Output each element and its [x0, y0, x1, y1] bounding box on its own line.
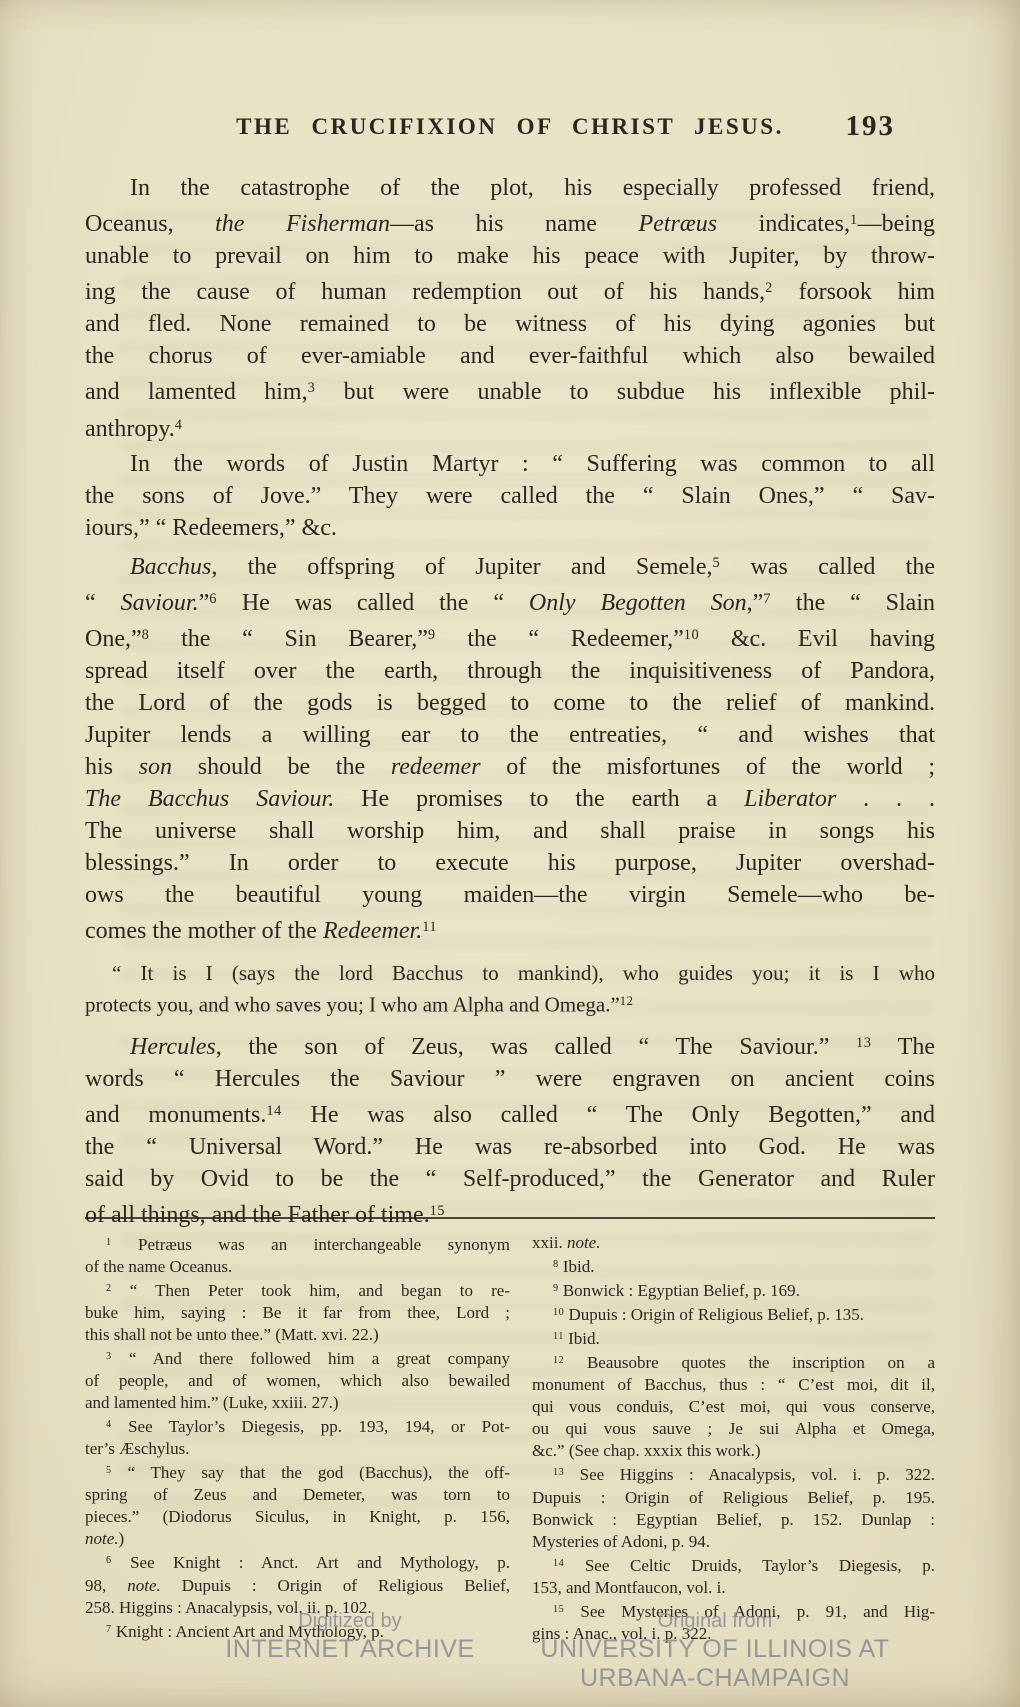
text-segment: ,”	[747, 590, 764, 616]
text-segment: and lamented him,	[85, 380, 308, 406]
text-line: of all things, and the Father of time.15	[85, 1195, 935, 1231]
text-line: 8 Ibid.	[532, 1254, 935, 1278]
text-segment: and lamented him.” (Luke, xxiii. 27.)	[85, 1393, 339, 1412]
text-segment: ing the cause of human redemption out of…	[85, 279, 765, 305]
text-line: Oceanus, the Fisherman—as his name Petræ…	[85, 204, 935, 240]
text-line: &c.” (See chap. xxxix this work.)	[532, 1440, 935, 1462]
text-segment: Beausobre quotes the inscription on a	[564, 1353, 935, 1372]
page-header: THE CRUCIFIXION OF CHRIST JESUS. 193	[85, 110, 935, 152]
text-segment: words “ Hercules the Saviour ” were engr…	[85, 1066, 935, 1092]
text-line: The universe shall worship him, and shal…	[85, 815, 935, 847]
watermark-original-from: Original from UNIVERSITY OF ILLINOIS AT …	[505, 1608, 925, 1693]
text-segment: , the offspring of Jupiter and Semele,	[211, 554, 712, 580]
footnote: 3 “ And there followed him a great compa…	[85, 1346, 510, 1414]
text-line: his son should be the redeemer of the mi…	[85, 751, 935, 783]
text-segment: anthropy.	[85, 416, 175, 442]
text-line: In the words of Justin Martyr : “ Suffer…	[85, 448, 935, 480]
text-segment: and fled. None remained to be witness of…	[85, 311, 935, 337]
footnote: 2 “ Then Peter took him, and began to re…	[85, 1278, 510, 1346]
text-line: blessings.” In order to execute his purp…	[85, 847, 935, 879]
text-line: The Bacchus Saviour. He promises to the …	[85, 783, 935, 815]
footnote-continuation: xxii. note.	[532, 1232, 935, 1254]
text-line: said by Ovid to be the “ Self-produced,”…	[85, 1163, 935, 1195]
text-segment: “ And there followed him a great company	[112, 1349, 510, 1368]
text-segment: indicates,	[717, 211, 850, 237]
watermark-original-from-label: Original from	[505, 1608, 925, 1635]
body-text: In the catastrophe of the plot, his espe…	[85, 172, 935, 1231]
text-line: anthropy.4	[85, 409, 935, 445]
text-line: and lamented him.” (Luke, xxiii. 27.)	[85, 1392, 510, 1414]
text-segment: Dupuis : Origin of Religious Belief, p. …	[564, 1305, 864, 1324]
footnotes-left-column: 1 Petræus was an interchangeable synonym…	[85, 1232, 510, 1645]
text-line: 98, note. Dupuis : Origin of Religious B…	[85, 1575, 510, 1597]
text-segment: ”	[199, 590, 210, 616]
footnote: 9 Bonwick : Egyptian Belief, p. 169.	[532, 1278, 935, 1302]
text-segment: 98,	[85, 1576, 127, 1595]
text-line: buke him, saying : Be it far from thee, …	[85, 1302, 510, 1324]
text-segment: the Fisherman	[215, 211, 390, 237]
text-segment: unable to prevail on him to make his pea…	[85, 243, 935, 269]
text-segment: “ It is I (says the lord Bacchus to mank…	[112, 961, 935, 985]
text-line: 3 “ And there followed him a great compa…	[85, 1346, 510, 1370]
footnote-marker: 14	[553, 1558, 564, 1569]
text-segment: pieces.” (Diodorus Siculus, in Knight, p…	[85, 1507, 510, 1526]
text-segment: Dupuis : Origin of Religious Belief,	[161, 1576, 510, 1595]
text-line: Bonwick : Egyptian Belief, p. 152. Dunla…	[532, 1509, 935, 1531]
text-segment: iours,” “ Redeemers,” &c.	[85, 515, 337, 541]
text-segment: , the son of Zeus, was called “ The Savi…	[216, 1034, 856, 1060]
book-page-scan: THE CRUCIFIXION OF CHRIST JESUS. 193 In …	[0, 0, 1020, 1707]
block-quote: “ It is I (says the lord Bacchus to mank…	[85, 959, 935, 1018]
watermark-digitized-by-label: Digitized by	[180, 1608, 520, 1635]
text-line: Bacchus, the offspring of Jupiter and Se…	[85, 547, 935, 583]
text-line: the sons of Jove.” They were called the …	[85, 480, 935, 512]
footnotes-right-column: xxii. note.8 Ibid.9 Bonwick : Egyptian B…	[532, 1232, 935, 1645]
text-segment: spread itself over the earth, through th…	[85, 658, 935, 684]
text-segment: —as his name	[390, 211, 639, 237]
watermark-digitized-by: Digitized by INTERNET ARCHIVE	[180, 1608, 520, 1664]
text-line: Jupiter lends a willing ear to the entre…	[85, 719, 935, 751]
footnote-marker: 6	[209, 591, 217, 607]
text-line: the chorus of ever-amiable and ever-fait…	[85, 340, 935, 372]
text-line: note.)	[85, 1528, 510, 1550]
text-segment: &c. Evil having	[699, 626, 935, 652]
text-line: the Lord of the gods is begged to come t…	[85, 687, 935, 719]
text-segment: In the words of Justin Martyr : “ Suffer…	[130, 451, 935, 477]
text-segment: was called the	[720, 554, 935, 580]
text-segment: the “ Sin Bearer,”	[149, 626, 428, 652]
text-segment: of the name Oceanus.	[85, 1257, 232, 1276]
paragraph: Bacchus, the offspring of Jupiter and Se…	[85, 547, 935, 948]
text-line: of the name Oceanus.	[85, 1256, 510, 1278]
text-segment: protects you, and who saves you; I who a…	[85, 992, 620, 1016]
text-line: of people, and of women, which also bewa…	[85, 1370, 510, 1392]
text-segment: “ They say that the god (Bacchus), the o…	[112, 1463, 510, 1482]
text-line: qui vous conduis, C’est moi, qui vous co…	[532, 1396, 935, 1418]
text-line: ou qui vous sauve ; Je sui Alpha et Omeg…	[532, 1418, 935, 1440]
text-segment: buke him, saying : Be it far from thee, …	[85, 1303, 510, 1322]
text-segment: the Lord of the gods is begged to come t…	[85, 690, 935, 716]
text-segment: note.	[85, 1529, 119, 1548]
text-line: this shall not be unto thee.” (Matt. xvi…	[85, 1324, 510, 1346]
footnote: 1 Petræus was an interchangeable synonym…	[85, 1232, 510, 1278]
text-line: ing the cause of human redemption out of…	[85, 272, 935, 308]
text-segment: Ibid.	[559, 1257, 595, 1276]
text-segment: the sons of Jove.” They were called the …	[85, 483, 935, 509]
text-segment: ows the beautiful young maiden—the virgi…	[85, 882, 935, 908]
text-segment: . . .	[836, 786, 935, 812]
text-line: spread itself over the earth, through th…	[85, 655, 935, 687]
text-line: spring of Zeus and Demeter, was torn to	[85, 1484, 510, 1506]
text-segment: —being	[858, 211, 935, 237]
footnote-marker: 2	[765, 280, 773, 296]
text-segment: Mysteries of Adoni, p. 94.	[532, 1532, 710, 1551]
text-segment: of people, and of women, which also bewa…	[85, 1371, 510, 1390]
footnote-marker: 1	[850, 212, 858, 228]
text-segment: Bonwick : Egyptian Belief, p. 152. Dunla…	[532, 1510, 935, 1529]
text-line: 12 Beausobre quotes the inscription on a	[532, 1350, 935, 1374]
footnote: 13 See Higgins : Anacalypsis, vol. i. p.…	[532, 1462, 935, 1552]
text-segment: comes the mother of the	[85, 919, 323, 945]
text-segment: Dupuis : Origin of Religious Belief, p. …	[532, 1488, 935, 1507]
footnote: 5 “ They say that the god (Bacchus), the…	[85, 1460, 510, 1550]
text-segment: and monuments.	[85, 1102, 266, 1128]
text-segment: “ Then Peter took him, and began to re-	[112, 1281, 510, 1300]
text-segment: Petræus	[638, 211, 717, 237]
text-line: “ It is I (says the lord Bacchus to mank…	[85, 959, 935, 987]
text-segment: said by Ovid to be the “ Self-produced,”…	[85, 1166, 935, 1192]
text-segment: spring of Zeus and Demeter, was torn to	[85, 1485, 510, 1504]
watermark-urbana-label: URBANA-CHAMPAIGN	[505, 1664, 925, 1693]
text-segment: “	[85, 590, 121, 616]
text-line: “ Saviour.”6 He was called the “ Only Be…	[85, 583, 935, 619]
text-line: and monuments.14 He was also called “ Th…	[85, 1095, 935, 1131]
text-segment: Bacchus	[130, 554, 211, 580]
footnote: 14 See Celtic Druids, Taylor’s Diegesis,…	[532, 1553, 935, 1599]
text-segment: Only Begotten Son	[529, 590, 747, 616]
text-segment: One,”	[85, 626, 142, 652]
paragraph: In the catastrophe of the plot, his espe…	[85, 172, 935, 445]
page-number: 193	[846, 110, 896, 143]
text-segment: forsook him	[773, 279, 935, 305]
footnote-marker: 13	[553, 1467, 564, 1478]
text-segment: Saviour.	[121, 590, 199, 616]
text-segment: of all things, and the Father of time.	[85, 1202, 430, 1228]
text-segment: of the misfortunes of the world ;	[481, 754, 935, 780]
text-segment: redeemer	[391, 754, 481, 780]
text-segment: The	[871, 1034, 935, 1060]
paragraph: In the words of Justin Martyr : “ Suffer…	[85, 448, 935, 544]
text-line: unable to prevail on him to make his pea…	[85, 240, 935, 272]
footnote: 10 Dupuis : Origin of Religious Belief, …	[532, 1302, 935, 1326]
text-line: 6 See Knight : Anct. Art and Mythology, …	[85, 1550, 510, 1574]
text-line: iours,” “ Redeemers,” &c.	[85, 512, 935, 544]
text-line: comes the mother of the Redeemer.11	[85, 911, 935, 947]
text-segment: the chorus of ever-amiable and ever-fait…	[85, 343, 935, 369]
text-segment: The Bacchus Saviour.	[85, 786, 334, 812]
text-segment: Redeemer.	[323, 919, 422, 945]
text-segment: ou qui vous sauve ; Je sui Alpha et Omeg…	[532, 1419, 935, 1438]
text-line: 2 “ Then Peter took him, and began to re…	[85, 1278, 510, 1302]
watermark-university-label: UNIVERSITY OF ILLINOIS AT	[505, 1635, 925, 1664]
text-line: 14 See Celtic Druids, Taylor’s Diegesis,…	[532, 1553, 935, 1577]
footnote-marker: 9	[428, 627, 436, 643]
text-line: pieces.” (Diodorus Siculus, in Knight, p…	[85, 1506, 510, 1528]
text-segment: See Higgins : Anacalypsis, vol. i. p. 32…	[564, 1466, 935, 1485]
text-line: 4 See Taylor’s Diegesis, pp. 193, 194, o…	[85, 1414, 510, 1438]
text-segment: Oceanus,	[85, 211, 215, 237]
paragraph: Hercules, the son of Zeus, was called “ …	[85, 1027, 935, 1232]
text-segment: the “ Universal Word.” He was re-absorbe…	[85, 1134, 935, 1160]
text-segment: Ibid.	[564, 1329, 600, 1348]
text-segment: but were unable to subdue his inflexible…	[315, 380, 935, 406]
text-line: Dupuis : Origin of Religious Belief, p. …	[532, 1487, 935, 1509]
text-segment: See Celtic Druids, Taylor’s Diegesis, p.	[564, 1556, 935, 1575]
footnote: 4 See Taylor’s Diegesis, pp. 193, 194, o…	[85, 1414, 510, 1460]
footnote-marker: 10	[684, 627, 699, 643]
text-segment: The universe shall worship him, and shal…	[85, 818, 935, 844]
text-segment: should be the	[172, 754, 391, 780]
footnote-marker: 4	[175, 417, 183, 433]
text-line: Mysteries of Adoni, p. 94.	[532, 1531, 935, 1553]
text-segment: xxii.	[532, 1233, 567, 1252]
text-line: words “ Hercules the Saviour ” were engr…	[85, 1063, 935, 1095]
text-line: In the catastrophe of the plot, his espe…	[85, 172, 935, 204]
footnotes-section: 1 Petræus was an interchangeable synonym…	[85, 1232, 935, 1645]
text-line: monument of Bacchus, thus : “ C’est moi,…	[532, 1374, 935, 1396]
text-line: One,”8 the “ Sin Bearer,”9 the “ Redeeme…	[85, 619, 935, 655]
text-line: 9 Bonwick : Egyptian Belief, p. 169.	[532, 1278, 935, 1302]
text-line: the “ Universal Word.” He was re-absorbe…	[85, 1131, 935, 1163]
text-line: 153, and Montfaucon, vol. i.	[532, 1577, 935, 1599]
footnote-marker: 11	[553, 1331, 564, 1342]
text-segment: 153, and Montfaucon, vol. i.	[532, 1578, 726, 1597]
footnote-marker: 13	[856, 1035, 871, 1051]
text-segment: See Taylor’s Diegesis, pp. 193, 194, or …	[112, 1417, 510, 1436]
footnote: 8 Ibid.	[532, 1254, 935, 1278]
text-segment: the “ Slain	[771, 590, 935, 616]
text-segment: Petræus was an interchangeable synonym	[112, 1235, 510, 1254]
text-line: 13 See Higgins : Anacalypsis, vol. i. p.…	[532, 1462, 935, 1486]
text-line: 1 Petræus was an interchangeable synonym	[85, 1232, 510, 1256]
text-segment: qui vous conduis, C’est moi, qui vous co…	[532, 1397, 935, 1416]
text-line: Hercules, the son of Zeus, was called “ …	[85, 1027, 935, 1063]
text-segment: )	[119, 1529, 125, 1548]
text-line: xxii. note.	[532, 1232, 935, 1254]
text-segment: He was also called “ The Only Begotten,”…	[282, 1102, 935, 1128]
text-line: ows the beautiful young maiden—the virgi…	[85, 879, 935, 911]
text-segment: the “ Redeemer,”	[436, 626, 684, 652]
text-segment: monument of Bacchus, thus : “ C’est moi,…	[532, 1375, 935, 1394]
text-line: protects you, and who saves you; I who a…	[85, 987, 935, 1018]
text-segment: Liberator	[744, 786, 836, 812]
text-line: 10 Dupuis : Origin of Religious Belief, …	[532, 1302, 935, 1326]
footnote-separator-rule	[85, 1217, 935, 1219]
text-line: and fled. None remained to be witness of…	[85, 308, 935, 340]
text-line: and lamented him,3 but were unable to su…	[85, 372, 935, 408]
running-title: THE CRUCIFIXION OF CHRIST JESUS.	[85, 110, 935, 140]
footnote-marker: 11	[422, 919, 437, 935]
footnote-marker: 14	[266, 1103, 281, 1119]
footnote-marker: 12	[620, 994, 634, 1008]
watermark-internet-archive-label: INTERNET ARCHIVE	[180, 1635, 520, 1664]
text-line: 5 “ They say that the god (Bacchus), the…	[85, 1460, 510, 1484]
text-segment: son	[139, 754, 172, 780]
footnote-marker: 12	[553, 1355, 564, 1366]
footnote: 11 Ibid.	[532, 1326, 935, 1350]
text-segment: Hercules	[130, 1034, 216, 1060]
text-segment: Bonwick : Egyptian Belief, p. 169.	[559, 1281, 800, 1300]
text-segment: In the catastrophe of the plot, his espe…	[130, 175, 935, 201]
text-segment: Jupiter lends a willing ear to the entre…	[85, 722, 935, 748]
text-segment: his	[85, 754, 139, 780]
footnote-marker: 10	[553, 1307, 564, 1318]
text-line: ter’s Æschylus.	[85, 1438, 510, 1460]
text-segment: See Knight : Anct. Art and Mythology, p.	[112, 1554, 510, 1573]
text-segment: blessings.” In order to execute his purp…	[85, 850, 935, 876]
text-segment: note.	[127, 1576, 161, 1595]
text-segment: this shall not be unto thee.” (Matt. xvi…	[85, 1325, 379, 1344]
text-segment: He promises to the earth a	[334, 786, 744, 812]
text-segment: &c.” (See chap. xxxix this work.)	[532, 1441, 761, 1460]
text-segment: He was called the “	[217, 590, 529, 616]
text-segment: ter’s Æschylus.	[85, 1439, 190, 1458]
text-line: 11 Ibid.	[532, 1326, 935, 1350]
footnote: 12 Beausobre quotes the inscription on a…	[532, 1350, 935, 1462]
footnote-marker: 7	[763, 591, 771, 607]
text-segment: note.	[567, 1233, 601, 1252]
